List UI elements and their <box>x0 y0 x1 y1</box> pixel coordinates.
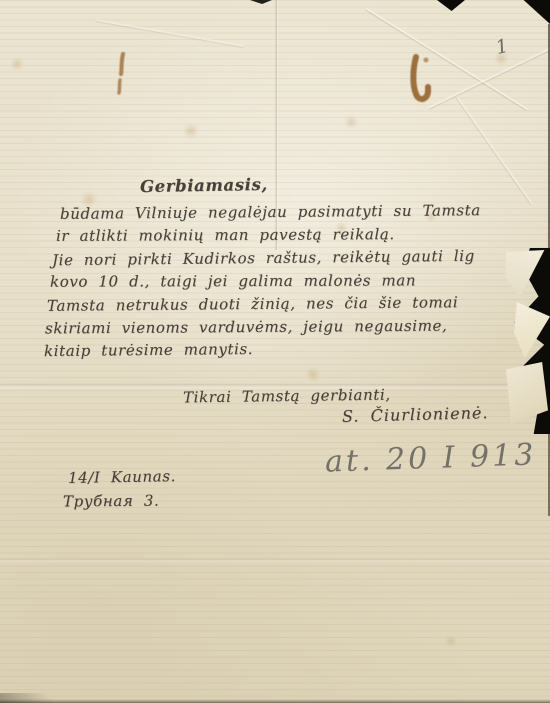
body-line: kovo 10 d., taigi jei galima malonės man <box>50 271 416 290</box>
closing-line: Tikrai Tamstą gerbianti, <box>183 386 391 407</box>
body-line: kitaip turėsime manytis. <box>44 340 253 360</box>
scanned-letter-page: 1 Gerbiamasis, būdama Vilniuje negalėjau… <box>0 0 550 703</box>
body-line: ir atlikti mokinių man pavestą reikalą. <box>56 225 395 245</box>
body-line: būdama Vilniuje negalėjau pasimatyti su … <box>60 201 481 223</box>
address-line: Трубная 3. <box>63 492 159 511</box>
salutation: Gerbiamasis, <box>140 175 268 196</box>
pencil-date-annotation: at. 20 I 913 <box>324 437 536 479</box>
body-line: skiriami vienoms varduvėms, jeigu negaus… <box>45 317 447 338</box>
body-line: Tamsta netrukus duoti žinią, nes čia šie… <box>47 293 458 315</box>
date-place-line: 14/I Kaunas. <box>68 467 176 487</box>
signature: S. Čiurlionienė. <box>342 403 489 426</box>
